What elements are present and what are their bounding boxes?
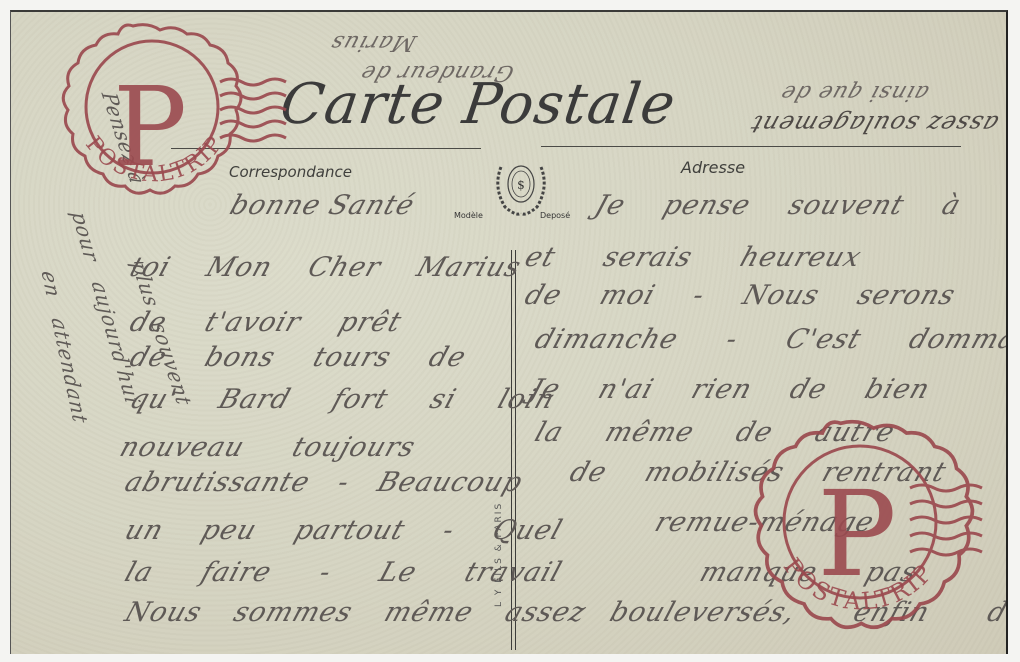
- handwriting-line: de moi - Nous serons: [521, 280, 960, 311]
- handwriting-line: abrutissante - Beaucoup: [121, 467, 527, 498]
- upside-down-line: assez soulagement: [746, 110, 1001, 138]
- margin-line: Pensez à: [96, 92, 151, 185]
- svg-text:$: $: [517, 178, 525, 192]
- handwriting-line: dimanche - C'est dommage: [531, 324, 1008, 355]
- postcard-back: Marius Grandeur de ainsi que de assez so…: [10, 10, 1008, 654]
- adresse-label: Adresse: [681, 158, 745, 177]
- upside-down-line: Marius: [327, 30, 420, 55]
- margin-line: en attendant: [36, 271, 93, 424]
- postcard-title: Carte Postale: [276, 72, 679, 137]
- handwriting-line: un peu partout - Quel: [121, 515, 567, 546]
- publisher-emblem-icon: $: [491, 159, 551, 217]
- handwriting-line: la même de autre: [531, 417, 899, 448]
- modele-label: Modèle: [454, 211, 483, 220]
- depose-label: Deposé: [540, 211, 570, 220]
- correspondance-label: Correspondance: [229, 163, 352, 181]
- handwriting-line: de mobilisés rentrant: [566, 457, 951, 488]
- handwriting-line: bouleversés, enfin de: [606, 597, 1008, 628]
- center-divider: [511, 250, 516, 650]
- handwriting-line: remue-ménage: [651, 507, 878, 538]
- divider-right: [541, 146, 961, 147]
- handwriting-line: Je n'ai rien de bien: [526, 374, 934, 405]
- handwriting-line: toi Mon Cher Marius: [126, 252, 525, 283]
- handwriting-line: bonne Santé: [226, 190, 419, 221]
- handwriting-line: Nous sommes même assez: [121, 597, 590, 628]
- handwriting-line: et serais heureux: [521, 242, 866, 273]
- handwriting-line: Je pense souvent à: [591, 190, 965, 221]
- handwriting-line: la faire - Le travail: [121, 557, 566, 588]
- handwriting-line: nouveau toujours: [116, 432, 420, 463]
- handwriting-line: manque pas: [696, 557, 922, 588]
- upside-down-line: ainsi que de: [777, 80, 932, 105]
- divider-left: [171, 148, 481, 149]
